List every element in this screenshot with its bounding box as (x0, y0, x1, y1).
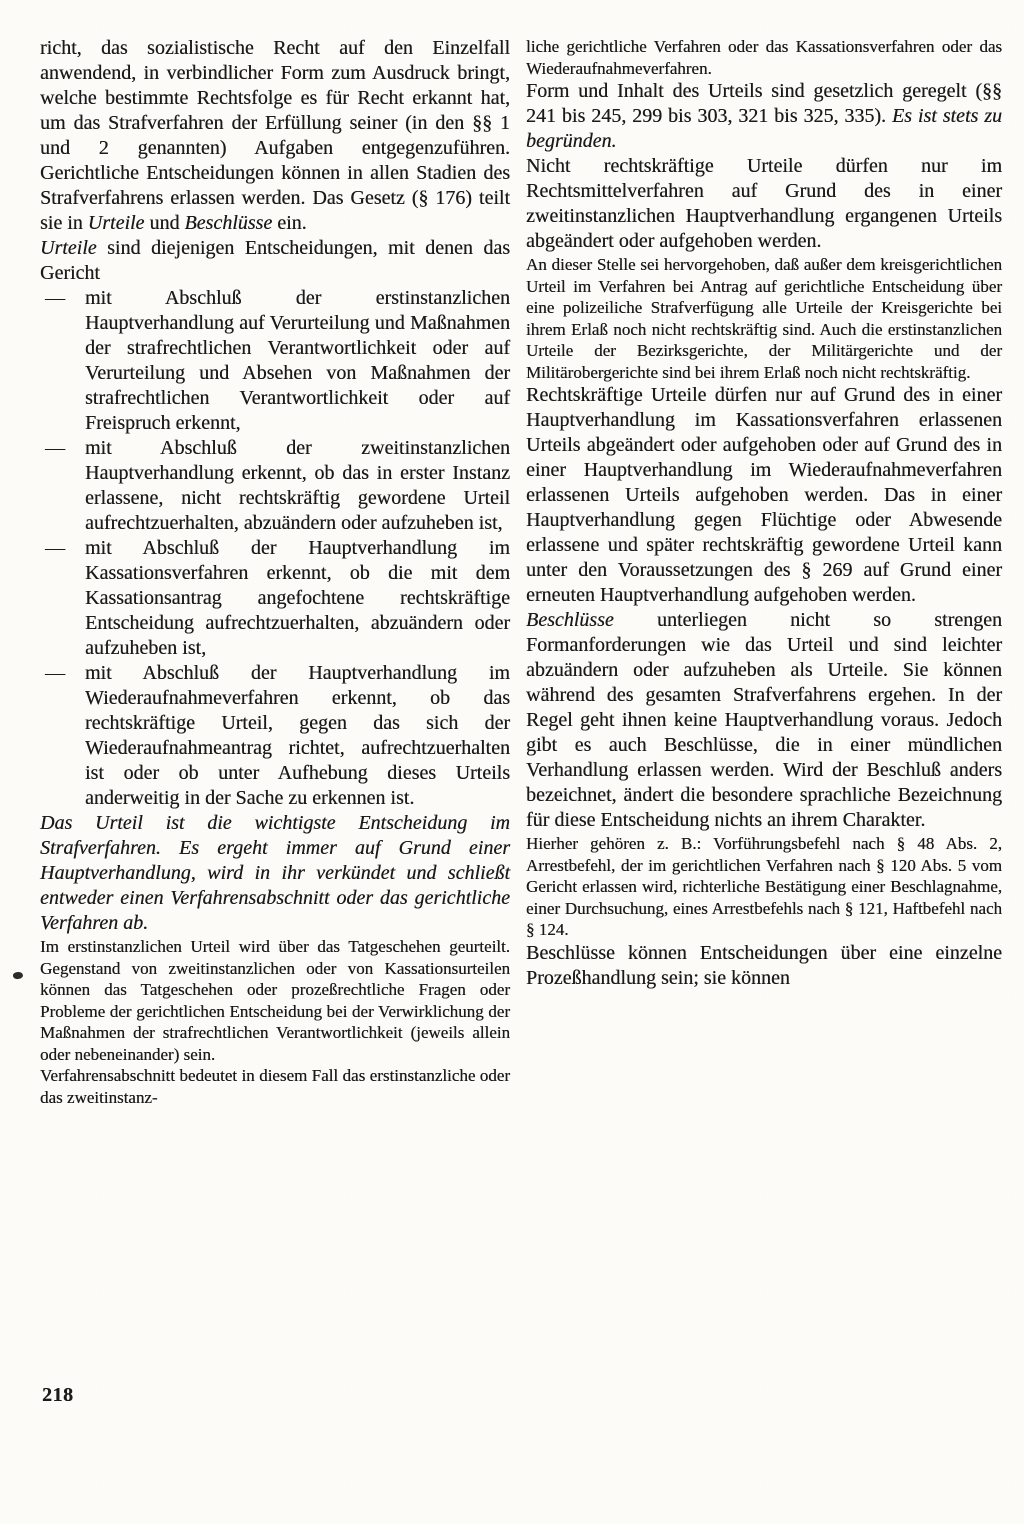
text-run: unterliegen nicht so strengen Formanford… (526, 609, 1002, 831)
right-column: liche gerichtliche Verfahren oder das Ka… (526, 36, 1002, 1108)
text-run: Beschlüsse können Entscheidungen über ei… (526, 942, 1002, 989)
text-run: Das Urteil ist die wichtigste Entscheidu… (40, 812, 510, 934)
list-item-second-instance: —mit Abschluß der zweitinstanzlichen Hau… (40, 436, 510, 536)
smallprint-continuation: liche gerichtliche Verfahren oder das Ka… (526, 36, 1002, 79)
text-run: mit Abschluß der erstinstanzlichen Haupt… (85, 287, 510, 434)
list-dash-marker: — (45, 436, 65, 461)
para-rechtskraeftige-urteile: Rechtskräftige Urteile dürfen nur auf Gr… (526, 383, 1002, 608)
left-column: richt, das sozialistische Recht auf den … (40, 36, 510, 1108)
text-run: mit Abschluß der Hauptverhandlung im Wie… (85, 662, 510, 809)
para-judgment-intro: richt, das sozialistische Recht auf den … (40, 36, 510, 236)
list-dash-marker: — (45, 536, 65, 561)
text-run: Rechtskräftige Urteile dürfen nur auf Gr… (526, 384, 1002, 606)
para-nicht-rechtskraeftige: Nicht rechtskräftige Urteile dürfen nur … (526, 154, 1002, 254)
margin-ink-mark (13, 971, 24, 979)
text-run: mit Abschluß der Hauptverhandlung im Kas… (85, 537, 510, 659)
text-run: Im erstinstanzlichen Urteil wird über da… (40, 937, 510, 1064)
text-run: und (144, 212, 184, 234)
text-run: Nicht rechtskräftige Urteile dürfen nur … (526, 155, 1002, 252)
italic-text-run: Urteile (88, 212, 145, 234)
two-column-text-area: richt, das sozialistische Recht auf den … (40, 36, 1002, 1108)
para-form-inhalt: Form und Inhalt des Urteils sind gesetzl… (526, 79, 1002, 154)
text-run: Hierher gehören z. B.: Vorführungsbefehl… (526, 834, 1002, 939)
scanned-book-page: richt, das sozialistische Recht auf den … (0, 0, 1024, 1524)
text-run: richt, das sozialistische Recht auf den … (40, 37, 510, 234)
page-number: 218 (42, 1384, 74, 1407)
list-item-kassation: —mit Abschluß der Hauptverhandlung im Ka… (40, 536, 510, 661)
list-dash-marker: — (45, 286, 65, 311)
text-run: An dieser Stelle sei hervorgehoben, daß … (526, 255, 1002, 382)
para-beschluesse: Beschlüsse unterliegen nicht so strengen… (526, 608, 1002, 833)
text-run: sind diejenigen Entscheidungen, mit dene… (40, 237, 510, 284)
list-item-first-instance: —mit Abschluß der erstinstanzlichen Haup… (40, 286, 510, 436)
italic-text-run: Beschlüsse (526, 609, 614, 631)
text-run: ein. (272, 212, 306, 234)
italic-text-run: Urteile (40, 237, 97, 259)
para-urteil-importance-italic: Das Urteil ist die wichtigste Entscheidu… (40, 811, 510, 936)
smallprint-tatgeschehen: Im erstinstanzlichen Urteil wird über da… (40, 936, 510, 1065)
list-item-wiederaufnahme: —mit Abschluß der Hauptverhandlung im Wi… (40, 661, 510, 811)
text-run: Verfahrensabschnitt bedeutet in diesem F… (40, 1066, 510, 1107)
smallprint-kreisgerichte: An dieser Stelle sei hervorgehoben, daß … (526, 254, 1002, 383)
text-run: mit Abschluß der zweitinstanzlichen Haup… (85, 437, 510, 534)
list-dash-marker: — (45, 661, 65, 686)
para-urteile-definition: Urteile sind diejenigen Entscheidungen, … (40, 236, 510, 286)
smallprint-beispiele: Hierher gehören z. B.: Vorführungsbefehl… (526, 833, 1002, 941)
text-run: liche gerichtliche Verfahren oder das Ka… (526, 37, 1002, 78)
para-beschluesse-prozesshandlung: Beschlüsse können Entscheidungen über ei… (526, 941, 1002, 991)
smallprint-verfahrensabschnitt: Verfahrensabschnitt bedeutet in diesem F… (40, 1065, 510, 1108)
italic-text-run: Beschlüsse (184, 212, 272, 234)
